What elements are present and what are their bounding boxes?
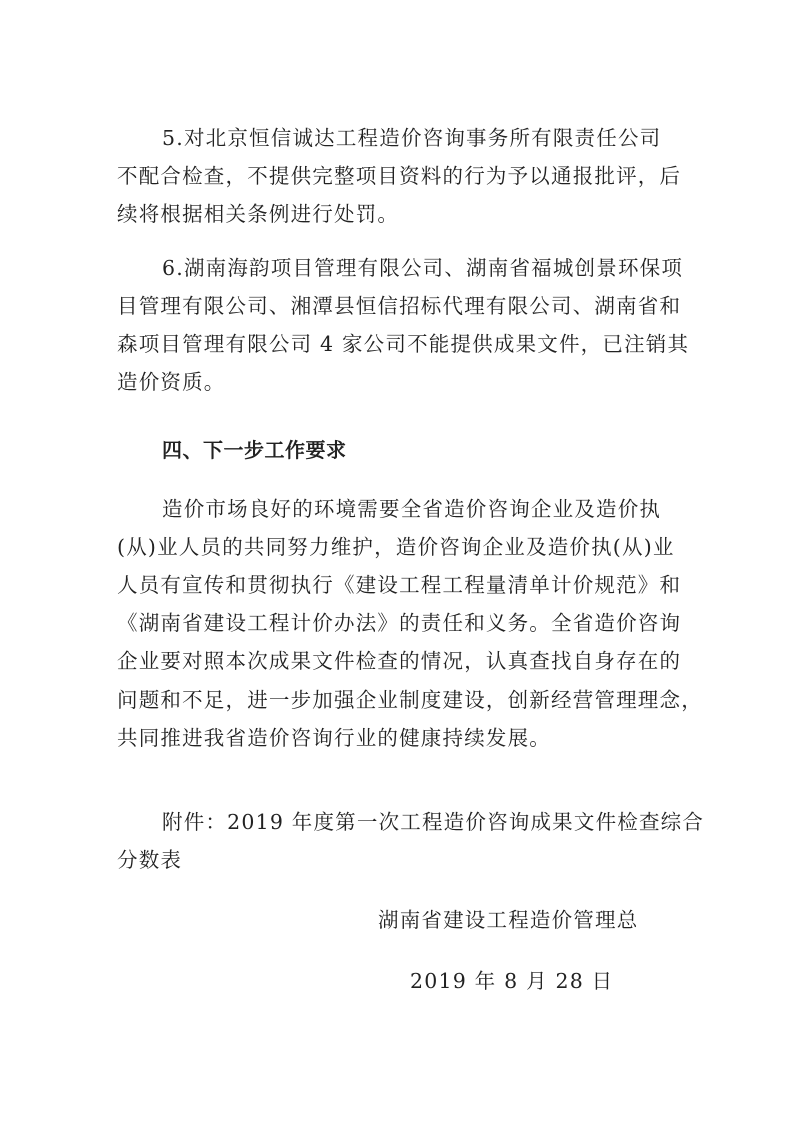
requirements-line-4: 《湖南省建设工程计价办法》的责任和义务。全省造价咨询 — [117, 611, 677, 635]
paragraph-5-line-2: 不配合检查，不提供完整项目资料的行为予以通报批评，后 — [117, 164, 677, 188]
requirements-line-7: 共同推进我省造价咨询行业的健康持续发展。 — [117, 726, 677, 750]
document-page: 5.对北京恒信诚达工程造价咨询事务所有限责任公司 不配合检查，不提供完整项目资料… — [0, 0, 799, 1129]
signature-organization: 湖南省建设工程造价管理总 — [378, 908, 638, 932]
signature-date: 2019 年 8 月 28 日 — [410, 969, 613, 993]
paragraph-5-line-1: 5.对北京恒信诚达工程造价咨询事务所有限责任公司 — [162, 126, 722, 150]
attachment-line-2: 分数表 — [117, 848, 677, 872]
paragraph-6-line-4: 造价资质。 — [117, 370, 677, 394]
requirements-line-2: (从)业人员的共同努力维护，造价咨询企业及造价执(从)业 — [117, 535, 677, 559]
requirements-line-6: 问题和不足，进一步加强企业制度建设，创新经营管理理念， — [117, 688, 677, 712]
paragraph-6-line-2: 目管理有限公司、湘潭县恒信招标代理有限公司、湖南省和 — [117, 294, 677, 318]
paragraph-6-line-1: 6.湖南海韵项目管理有限公司、湖南省福城创景环保项 — [162, 256, 722, 280]
requirements-line-3: 人员有宣传和贯彻执行《建设工程工程量清单计价规范》和 — [117, 573, 677, 597]
paragraph-5-line-3: 续将根据相关条例进行处罚。 — [117, 202, 677, 226]
requirements-line-1: 造价市场良好的环境需要全省造价咨询企业及造价执 — [162, 497, 722, 521]
paragraph-6-line-3: 森项目管理有限公司 4 家公司不能提供成果文件，已注销其 — [117, 332, 677, 356]
attachment-line-1: 附件：2019 年度第一次工程造价咨询成果文件检查综合 — [162, 810, 722, 834]
section-heading: 四、下一步工作要求 — [162, 438, 722, 462]
requirements-line-5: 企业要对照本次成果文件检查的情况，认真查找自身存在的 — [117, 649, 677, 673]
